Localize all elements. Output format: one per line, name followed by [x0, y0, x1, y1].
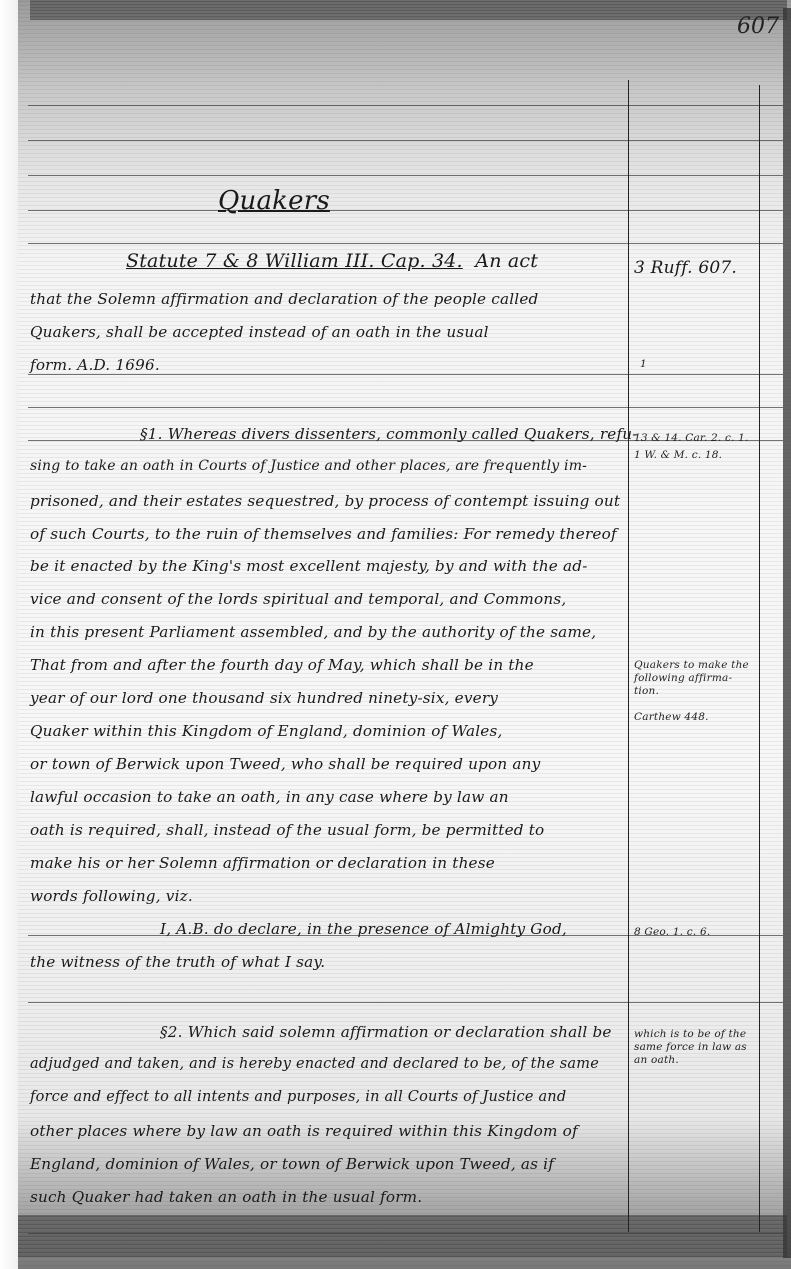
- scan-shadow-bottom: [18, 1215, 787, 1257]
- ruled-line: [28, 1233, 783, 1234]
- statute-lead: An act: [475, 250, 538, 272]
- statute-heading: Statute 7 & 8 William III. Cap. 34. An a…: [126, 250, 538, 272]
- ruled-line: [28, 175, 783, 176]
- margin-note-reference: 3 Ruff. 607.: [634, 258, 737, 278]
- page-number: 607: [737, 14, 779, 39]
- ruled-line: [28, 243, 783, 244]
- text-line: form. A.D. 1696.: [30, 356, 160, 374]
- scan-shadow-top: [30, 0, 787, 20]
- text-line: in this present Parliament assembled, an…: [30, 623, 596, 641]
- text-line: oath is required, shall, instead of the …: [30, 821, 544, 839]
- text-line: of such Courts, to the ruin of themselve…: [30, 525, 617, 543]
- text-line: year of our lord one thousand six hundre…: [30, 689, 498, 707]
- scan-shadow-right: [783, 8, 791, 1258]
- text-line: England, dominion of Wales, or town of B…: [30, 1155, 554, 1173]
- declaration-line: the witness of the truth of what I say.: [30, 953, 325, 971]
- ruled-line: [28, 374, 783, 375]
- text-line: words following, viz.: [30, 887, 193, 905]
- text-line: make his or her Solemn affirmation or de…: [30, 854, 495, 872]
- page-title: Quakers: [218, 186, 330, 216]
- text-line: that the Solemn affirmation and declarat…: [30, 290, 538, 308]
- text-line: Quakers, shall be accepted instead of an…: [30, 323, 489, 341]
- margin-note-reference: 8 Geo. 1. c. 6.: [634, 926, 710, 939]
- text-line: force and effect to all intents and purp…: [30, 1089, 566, 1105]
- ruled-line: [28, 210, 783, 211]
- margin-note-reference: 13 & 14. Car. 2. c. 1.: [634, 432, 749, 445]
- margin-column-rule: [759, 85, 760, 1232]
- text-line: That from and after the fourth day of Ma…: [30, 656, 534, 674]
- section-1-heading: §1. Whereas divers dissenters, commonly …: [140, 425, 638, 443]
- ruled-line: [28, 140, 783, 141]
- text-line: Quaker within this Kingdom of England, d…: [30, 722, 503, 740]
- margin-note-mark: 1: [640, 358, 647, 371]
- ruled-line: [28, 407, 783, 408]
- text-line: be it enacted by the King's most excelle…: [30, 557, 588, 575]
- page-edge: [0, 0, 18, 1269]
- ruled-line: [28, 1002, 783, 1003]
- declaration-line: I, A.B. do declare, in the presence of A…: [160, 920, 567, 938]
- ruled-line: [28, 105, 783, 106]
- section-2-heading: §2. Which said solemn affirmation or dec…: [160, 1023, 612, 1041]
- text-line: sing to take an oath in Courts of Justic…: [30, 458, 587, 474]
- statute-citation: Statute 7 & 8 William III. Cap. 34.: [126, 250, 463, 272]
- text-line: prisoned, and their estates sequestred, …: [30, 492, 620, 510]
- margin-note-summary: which is to be of the same force in law …: [634, 1028, 756, 1067]
- text-line: vice and consent of the lords spiritual …: [30, 590, 566, 608]
- margin-note-reference: 1 W. & M. c. 18.: [634, 449, 722, 462]
- text-line: other places where by law an oath is req…: [30, 1122, 578, 1140]
- margin-column-rule: [628, 80, 629, 1232]
- text-line: adjudged and taken, and is hereby enacte…: [30, 1056, 599, 1072]
- ledger-page: 607 Quakers Statute 7 & 8 William III. C…: [0, 0, 791, 1269]
- text-line: such Quaker had taken an oath in the usu…: [30, 1188, 422, 1206]
- margin-note-summary: Quakers to make the following affirma- t…: [634, 659, 754, 698]
- text-line: lawful occasion to take an oath, in any …: [30, 788, 509, 806]
- margin-note-reference: Carthew 448.: [634, 711, 709, 724]
- text-line: or town of Berwick upon Tweed, who shall…: [30, 755, 540, 773]
